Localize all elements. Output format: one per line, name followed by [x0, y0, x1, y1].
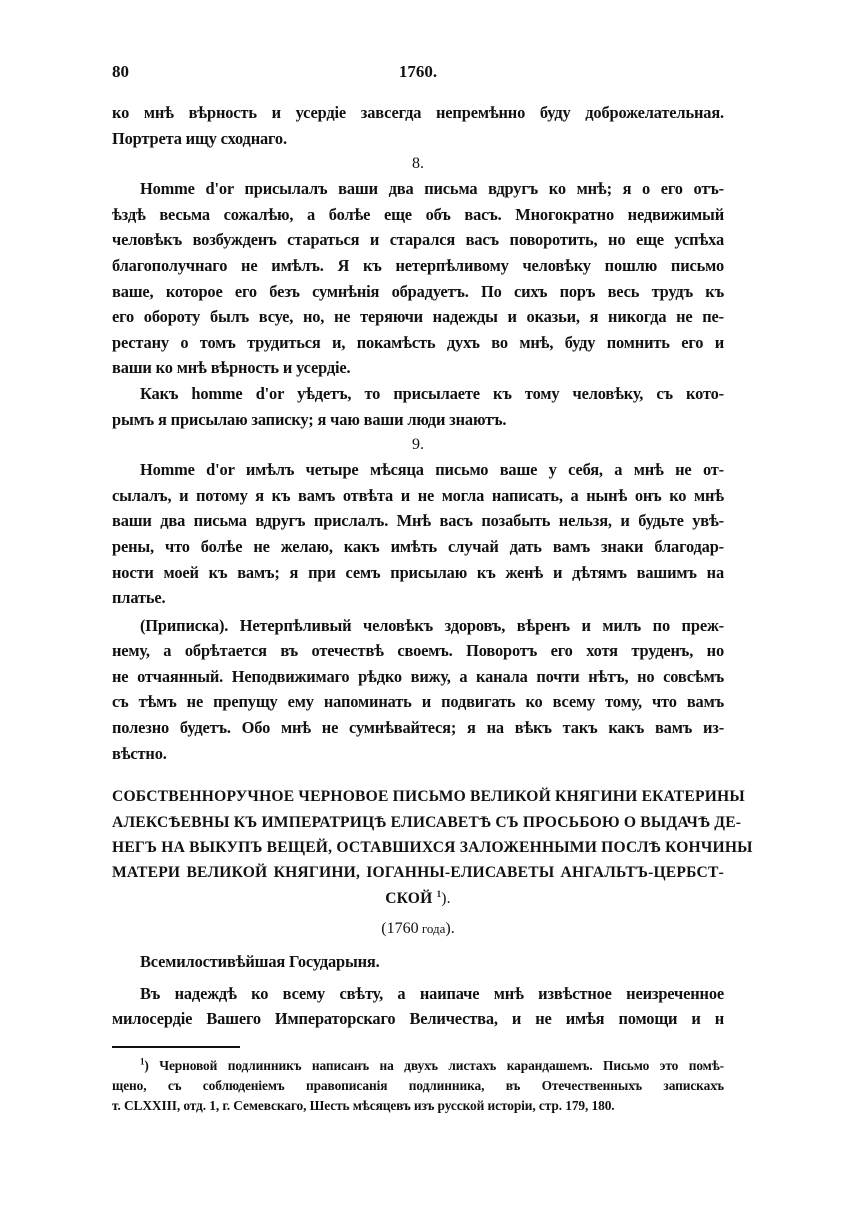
text-line: Homme d'or присылалъ ваши два письма вдр… — [112, 176, 724, 202]
continuation-text: ко мнѣ вѣрность и усердіе завсегда непре… — [112, 100, 724, 151]
text-line: ваши два письма вдругъ прислалъ. Мнѣ вас… — [112, 508, 724, 534]
text-line: ѣздѣ весьма сожалѣю, а болѣе еще объ вас… — [112, 202, 724, 228]
running-head: 80 1760. — [112, 62, 724, 92]
text-line: платье. — [112, 585, 724, 611]
text-line: не отчаянный. Неподвижимаго рѣдко вижу, … — [112, 664, 724, 690]
text-line: ваши ко мнѣ вѣрность и усердіе. — [112, 355, 724, 381]
letter-number-9: 9. — [112, 432, 724, 457]
heading-line: Собственноручное черновое письмо великой… — [112, 784, 724, 809]
text-line: (Приписка). Нетерпѣливый человѣкъ здоров… — [112, 613, 724, 639]
footnote-divider — [112, 1046, 240, 1048]
section-heading: Собственноручное черновое письмо великой… — [112, 784, 724, 911]
date-line: (1760 года). — [112, 915, 724, 943]
heading-line: матери великой княгини, Іоганны-Елисавет… — [112, 860, 724, 885]
letter-body: Всемилостивѣйшая Государыня. Въ надеждѣ … — [112, 949, 724, 1032]
text-line: ваше, которое его безъ сумнѣнія обрадует… — [112, 279, 724, 305]
text-line: рестану о томъ трудиться и, покамѣсть ду… — [112, 330, 724, 356]
text-line: милосердіе Вашего Императорскаго Величес… — [112, 1006, 724, 1032]
text-line: съ тѣмъ не препущу ему напоминать и подв… — [112, 689, 724, 715]
text-line: ко мнѣ вѣрность и усердіе завсегда непре… — [112, 100, 724, 126]
footnote-text: ) Черновой подлинникъ написанъ на двухъ … — [144, 1058, 724, 1073]
letter-8-paragraph-2: Какъ homme d'or уѣдетъ, то присылаете къ… — [112, 381, 724, 432]
running-title: 1760. — [112, 62, 724, 82]
text-line: рымъ я присылаю записку; я чаю ваши люди… — [112, 407, 724, 433]
text-line: Портрета ищу сходнаго. — [112, 126, 724, 152]
heading-line-last: ской 1). — [112, 886, 724, 911]
text-line: Въ надеждѣ ко всему свѣту, а наипаче мнѣ… — [112, 981, 724, 1007]
letter-9-postscript: (Приписка). Нетерпѣливый человѣкъ здоров… — [112, 613, 724, 767]
text-line: вѣстно. — [112, 741, 724, 767]
text-line: ности моей къ вамъ; я при семъ присылаю … — [112, 560, 724, 586]
text-line: рены, что болѣе не желаю, какъ имѣть слу… — [112, 534, 724, 560]
footnote-line: т. CLXXIII, отд. 1, г. Семевскаго, Шесть… — [112, 1096, 724, 1116]
text-line: человѣкъ возбужденъ стараться и старался… — [112, 227, 724, 253]
footnote: 1) Черновой подлинникъ написанъ на двухъ… — [112, 1056, 724, 1116]
salutation: Всемилостивѣйшая Государыня. — [112, 949, 724, 975]
letter-8-paragraph-1: Homme d'or присылалъ ваши два письма вдр… — [112, 176, 724, 381]
text-line: нему, а обрѣтается въ отечествѣ своемъ. … — [112, 638, 724, 664]
letter-9-paragraph-1: Homme d'or имѣлъ четыре мѣсяца письмо ва… — [112, 457, 724, 611]
date-word: года — [419, 921, 446, 936]
heading-last-text: ской — [385, 890, 432, 907]
text-line: Какъ homme d'or уѣдетъ, то присылаете къ… — [112, 381, 724, 407]
heading-line: негъ на выкупъ вещей, оставшихся заложен… — [112, 835, 724, 860]
book-page: 80 1760. ко мнѣ вѣрность и усердіе завсе… — [112, 62, 724, 1116]
letter-number-8: 8. — [112, 151, 724, 176]
text-line: благополучнаго не имѣлъ. Я къ нетерпѣлив… — [112, 253, 724, 279]
text-line: его обороту былъ всуе, но, не теряючи на… — [112, 304, 724, 330]
footnote-line: щено, съ соблюденіемъ правописанія подли… — [112, 1076, 724, 1096]
heading-line: Алексѣевны къ императрицѣ Елисаветѣ съ п… — [112, 810, 724, 835]
text-line: сылалъ, и потому я къ вамъ отвѣта и не м… — [112, 483, 724, 509]
heading-closing: ). — [441, 890, 451, 907]
date-year: 1760 — [387, 920, 419, 937]
text-line: Homme d'or имѣлъ четыре мѣсяца письмо ва… — [112, 457, 724, 483]
text-line: полезно будетъ. Обо мнѣ не сумнѣвайтеся;… — [112, 715, 724, 741]
date-paren-close: ). — [445, 920, 454, 937]
footnote-line: 1) Черновой подлинникъ написанъ на двухъ… — [112, 1056, 724, 1076]
